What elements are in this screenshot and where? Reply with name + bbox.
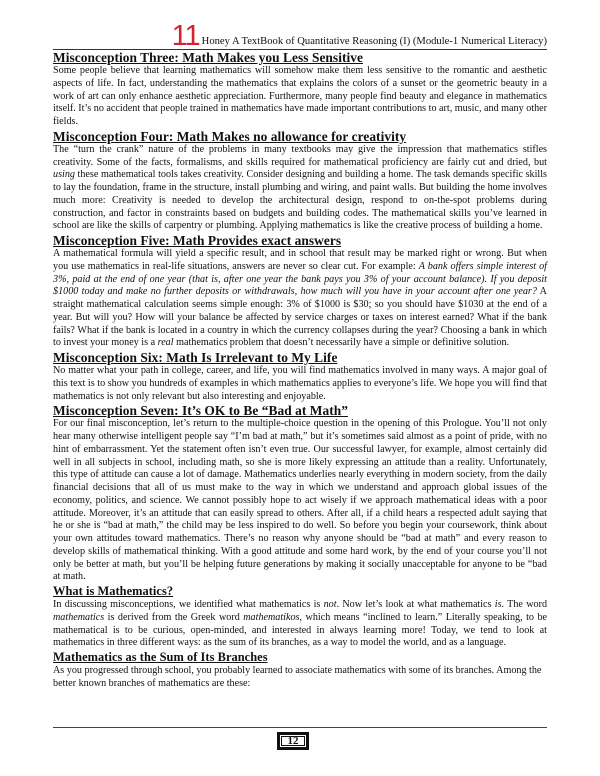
body-text: In discussing misconceptions, we identif…: [53, 599, 324, 610]
section-heading: Misconception Five: Math Provides exact …: [53, 233, 547, 248]
section-heading: Mathematics as the Sum of Its Branches: [53, 650, 547, 665]
emphasis-text: mathematikos: [243, 612, 299, 623]
section-misconception-three: Misconception Three: Math Makes you Less…: [53, 50, 547, 129]
body-text: . The word: [502, 599, 547, 610]
body-text: . Now let’s look at what mathematics: [337, 599, 495, 610]
section-what-is-mathematics: What is Mathematics? In discussing misco…: [53, 584, 547, 650]
section-body: No matter what your path in college, car…: [53, 365, 547, 403]
document-page: 11 Honey A TextBook of Quantitative Reas…: [53, 22, 547, 691]
emphasis-text: is: [495, 599, 502, 610]
emphasis-text: using: [53, 169, 75, 180]
section-misconception-four: Misconception Four: Math Makes no allowa…: [53, 129, 547, 233]
section-body: As you progressed through school, you pr…: [53, 665, 547, 691]
section-body: For our final misconception, let’s retur…: [53, 418, 547, 584]
emphasis-text: real: [158, 337, 174, 348]
body-text: The “turn the crank” nature of the probl…: [53, 144, 547, 168]
section-sum-of-branches: Mathematics as the Sum of Its Branches A…: [53, 650, 547, 691]
section-misconception-six: Misconception Six: Math Is Irrelevant to…: [53, 350, 547, 403]
body-text: As you progressed through school, you pr…: [53, 665, 541, 689]
section-body: In discussing misconceptions, we identif…: [53, 599, 547, 650]
emphasis-text: mathematics: [53, 612, 104, 623]
body-text: mathematics problem that doesn’t necessa…: [174, 337, 510, 348]
page-content: Misconception Three: Math Makes you Less…: [53, 50, 547, 691]
running-header: 11 Honey A TextBook of Quantitative Reas…: [53, 22, 547, 50]
running-title: Honey A TextBook of Quantitative Reasoni…: [202, 36, 547, 48]
section-misconception-seven: Misconception Seven: It’s OK to Be “Bad …: [53, 403, 547, 584]
page-number: 12: [288, 735, 299, 747]
section-misconception-five: Misconception Five: Math Provides exact …: [53, 233, 547, 350]
section-body: The “turn the crank” nature of the probl…: [53, 144, 547, 233]
section-heading: What is Mathematics?: [53, 584, 547, 599]
section-body: Some people believe that learning mathem…: [53, 65, 547, 129]
section-body: A mathematical formula will yield a spec…: [53, 248, 547, 350]
chapter-number: 11: [172, 24, 200, 48]
body-text: is derived from the Greek word: [104, 612, 243, 623]
body-text: No matter what your path in college, car…: [53, 365, 547, 402]
body-text: For our final misconception, let’s retur…: [53, 418, 547, 582]
emphasis-text: not: [324, 599, 337, 610]
body-text: Some people believe that learning mathem…: [53, 65, 547, 127]
section-heading: Misconception Six: Math Is Irrelevant to…: [53, 350, 547, 365]
section-heading: Misconception Three: Math Makes you Less…: [53, 50, 547, 65]
page-number-box: 12: [277, 732, 309, 750]
section-heading: Misconception Seven: It’s OK to Be “Bad …: [53, 403, 547, 418]
section-heading: Misconception Four: Math Makes no allowa…: [53, 129, 547, 144]
footer-divider: [53, 727, 547, 728]
body-text: these mathematical tools takes creativit…: [53, 169, 547, 231]
